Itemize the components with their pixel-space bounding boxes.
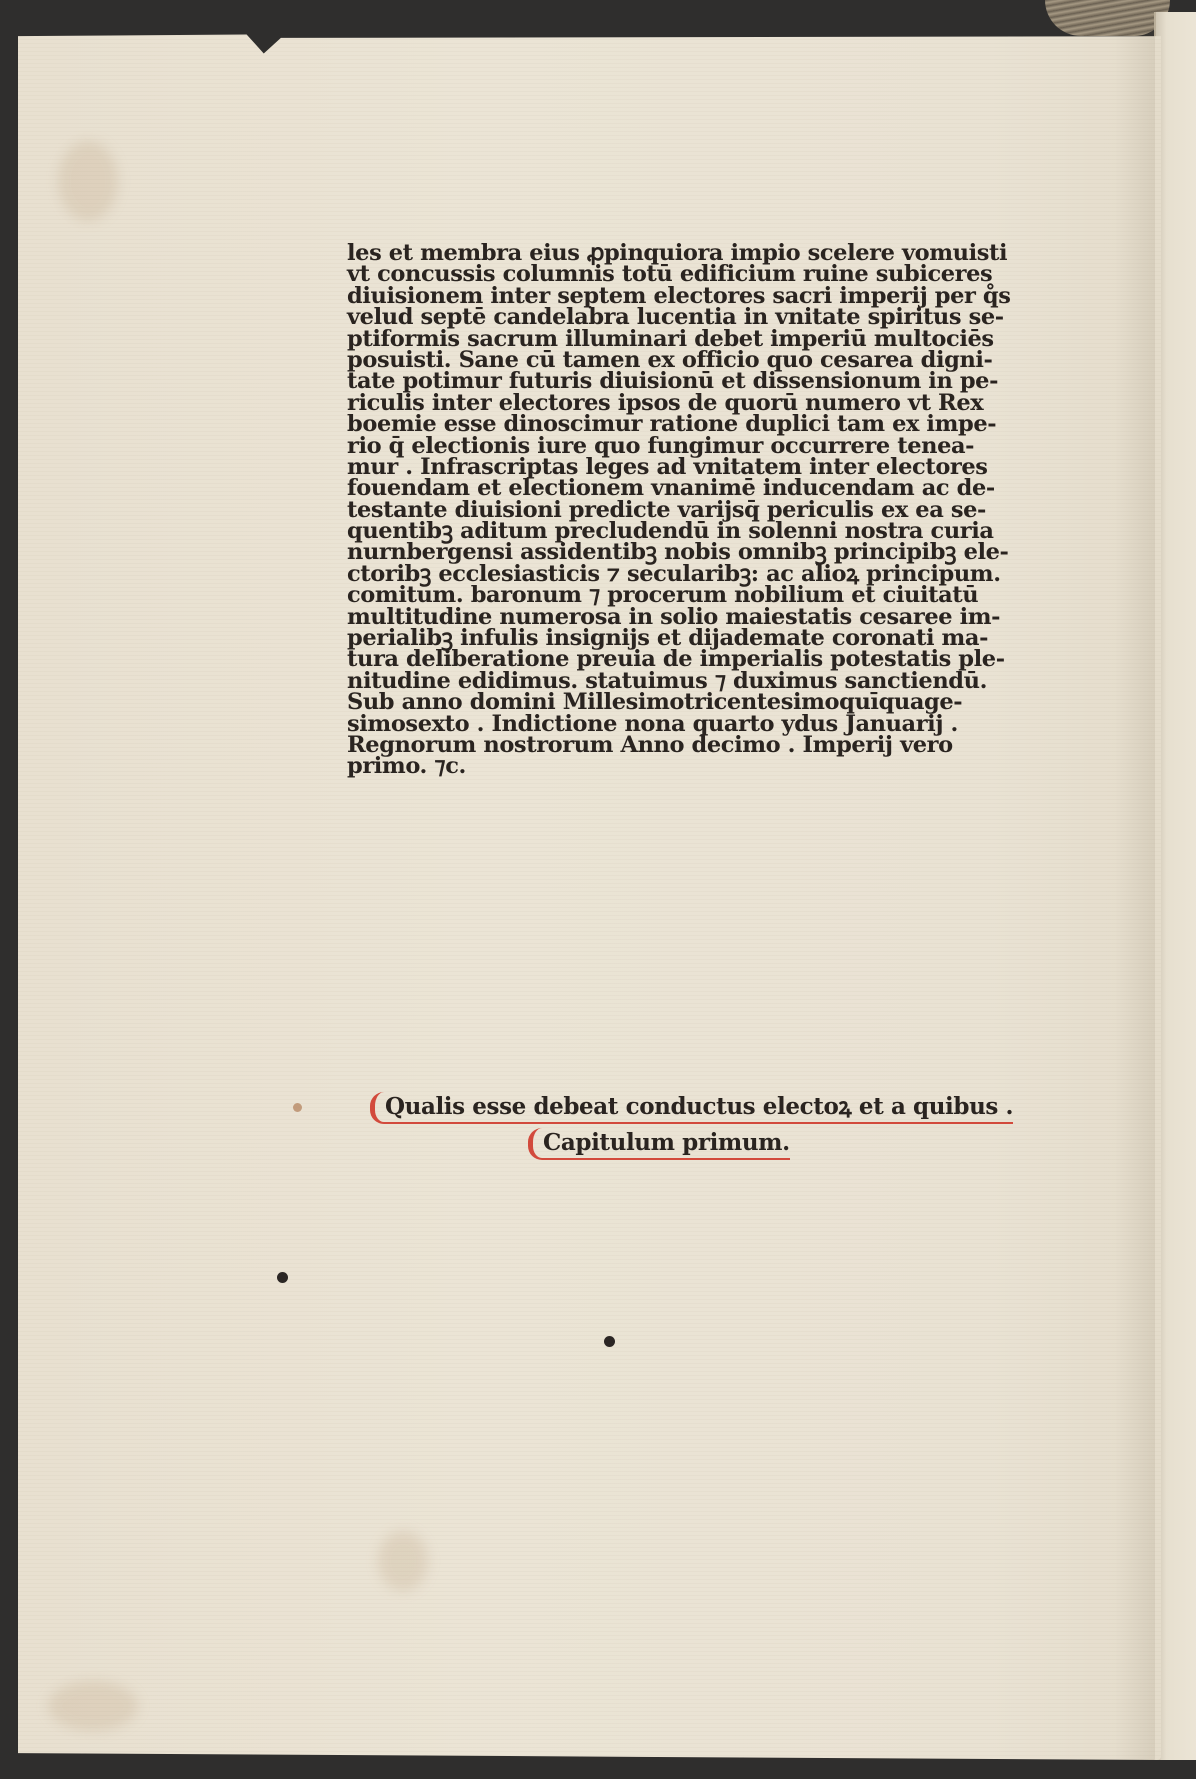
chapter-title: Qualis esse debeat conductus electoꝝ et …: [370, 1092, 1013, 1124]
body-text: les et membra eius ꝓpinquiora impio scel…: [347, 243, 1037, 778]
printed-dot: [277, 1272, 288, 1283]
gutter-shadow: [1115, 31, 1155, 1760]
printed-dot: [604, 1336, 615, 1347]
text-line: primo. ⁊c.: [347, 756, 1037, 777]
ink-spot: [293, 1103, 302, 1112]
chapter-subtitle: Capitulum primum.: [528, 1128, 790, 1160]
paper-stain: [58, 141, 118, 221]
paper-stain: [378, 1531, 428, 1591]
chapter-heading: Qualis esse debeat conductus electoꝝ et …: [370, 1092, 1050, 1160]
paper-stain: [48, 1681, 138, 1731]
